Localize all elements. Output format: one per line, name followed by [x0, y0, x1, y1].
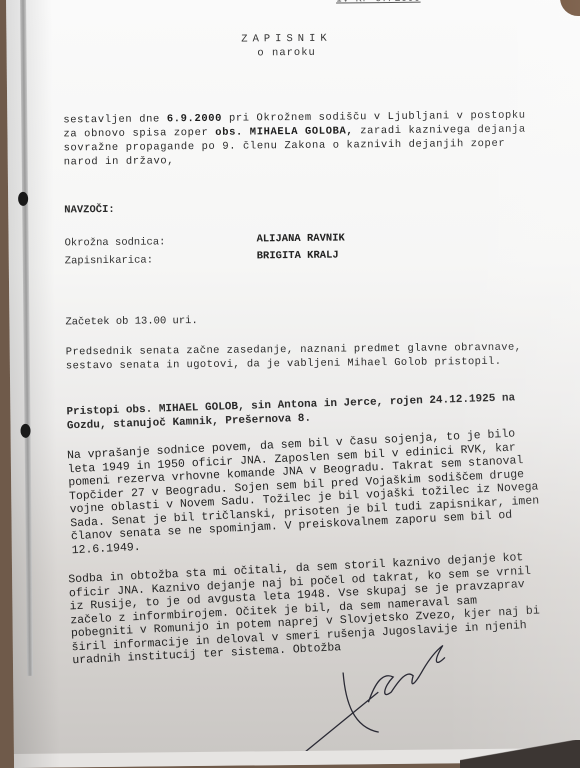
present-role: Okrožna sodnica:: [65, 236, 166, 249]
opening-paragraph: Predsednik senata začne zasedanje, nazna…: [66, 340, 536, 373]
binder-hole: [20, 424, 30, 438]
present-heading: NAVZOČI:: [64, 198, 534, 217]
binder-hole: [18, 192, 28, 206]
testimony-paragraph-1: Na vprašanje sodnice povem, da sem bil v…: [67, 426, 542, 557]
defendant-paragraph: Pristopi obs. MIHAEL GOLOB, sin Antona i…: [66, 391, 537, 434]
page-fold-shadow: [20, 0, 33, 676]
present-role: Zapisnikarica:: [65, 254, 153, 267]
intro-paragraph: sestavljen dne 6.9.2000 pri Okrožnem sod…: [63, 108, 534, 169]
background-corner: [560, 0, 580, 16]
intro-prefix: sestavljen dne: [63, 113, 167, 126]
start-time: Začetek ob 13.00 uri.: [65, 310, 535, 329]
hearing-date: 6.9.2000: [167, 113, 222, 126]
present-name: BRIGITA KRALJ: [257, 250, 339, 263]
defendant-reference: obs. MIHAELA GOLOBA,: [215, 125, 353, 138]
scanned-document-page: IV Kr 67/2000 ZAPISNIK o naroku sestavlj…: [6, 0, 580, 768]
case-number: IV Kr 67/2000: [336, 0, 421, 6]
present-name: ALIJANA RAVNIK: [256, 232, 344, 245]
handwritten-signature: [283, 631, 464, 763]
background-corner-bottom: [460, 740, 580, 768]
